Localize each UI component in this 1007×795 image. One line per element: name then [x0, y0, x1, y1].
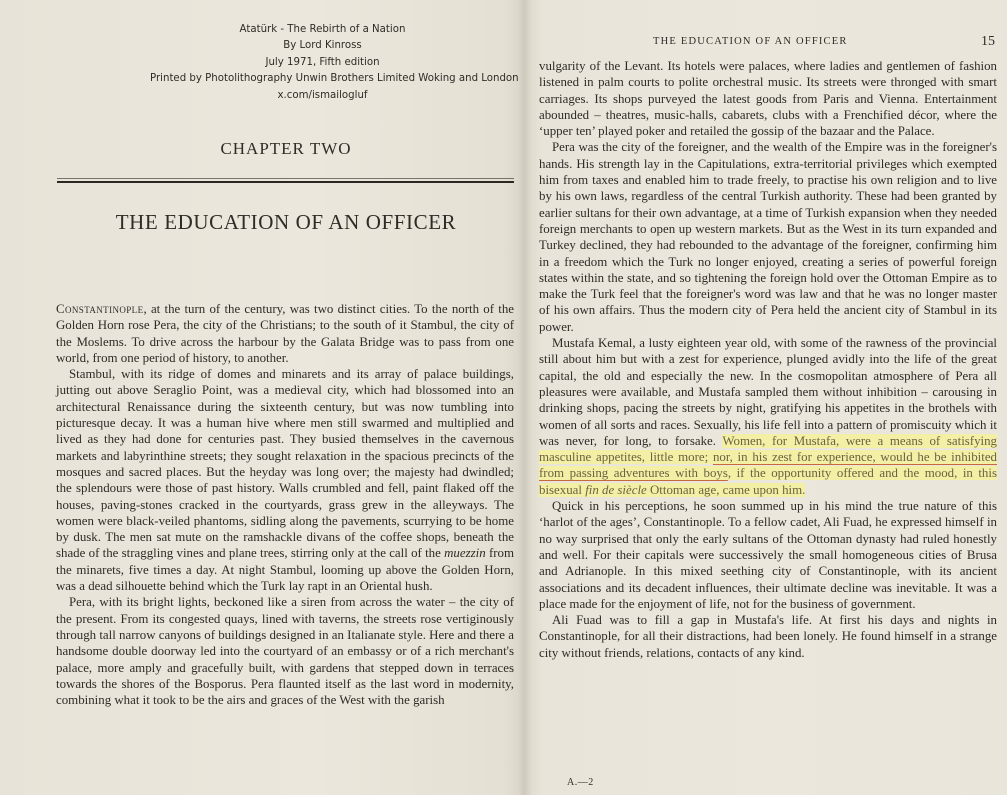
caption-line: x.com/ismailogluf	[150, 88, 495, 104]
caption-line: By Lord Kinross	[150, 38, 495, 54]
running-head-title: THE EDUCATION OF AN OFFICER	[653, 36, 848, 47]
source-caption: Atatürk - The Rebirth of a Nation By Lor…	[150, 22, 495, 104]
page-number: 15	[981, 34, 995, 50]
rule-thick	[57, 181, 514, 183]
rule-thin	[57, 178, 514, 179]
caption-line: July 1971, Fifth edition	[150, 55, 495, 71]
paragraph: Stambul, with its ridge of domes and min…	[56, 366, 514, 594]
caption-line: Atatürk - The Rebirth of a Nation	[150, 22, 495, 38]
paragraph: Pera, with its bright lights, beckoned l…	[56, 594, 514, 708]
right-page-body: vulgarity of the Levant. Its hotels were…	[539, 58, 997, 661]
lead-word: Constantinople	[56, 302, 143, 316]
paragraph: Pera was the city of the foreigner, and …	[539, 139, 997, 335]
caption-line: Printed by Photolithography Unwin Brothe…	[150, 71, 495, 87]
paragraph: vulgarity of the Levant. Its hotels were…	[539, 58, 997, 139]
left-page-body: Constantinople, at the turn of the centu…	[56, 301, 514, 708]
book-gutter	[518, 0, 532, 795]
signature-mark: A.—2	[567, 776, 594, 788]
chapter-number: CHAPTER TWO	[56, 139, 516, 159]
chapter-rule	[57, 178, 514, 183]
chapter-title: THE EDUCATION OF AN OFFICER	[56, 210, 516, 235]
paragraph: Ali Fuad was to fill a gap in Mustafa's …	[539, 612, 997, 661]
paragraph: Quick in his perceptions, he soon summed…	[539, 498, 997, 612]
paragraph: Constantinople, at the turn of the centu…	[56, 301, 514, 366]
paragraph: Mustafa Kemal, a lusty eighteen year old…	[539, 335, 997, 498]
